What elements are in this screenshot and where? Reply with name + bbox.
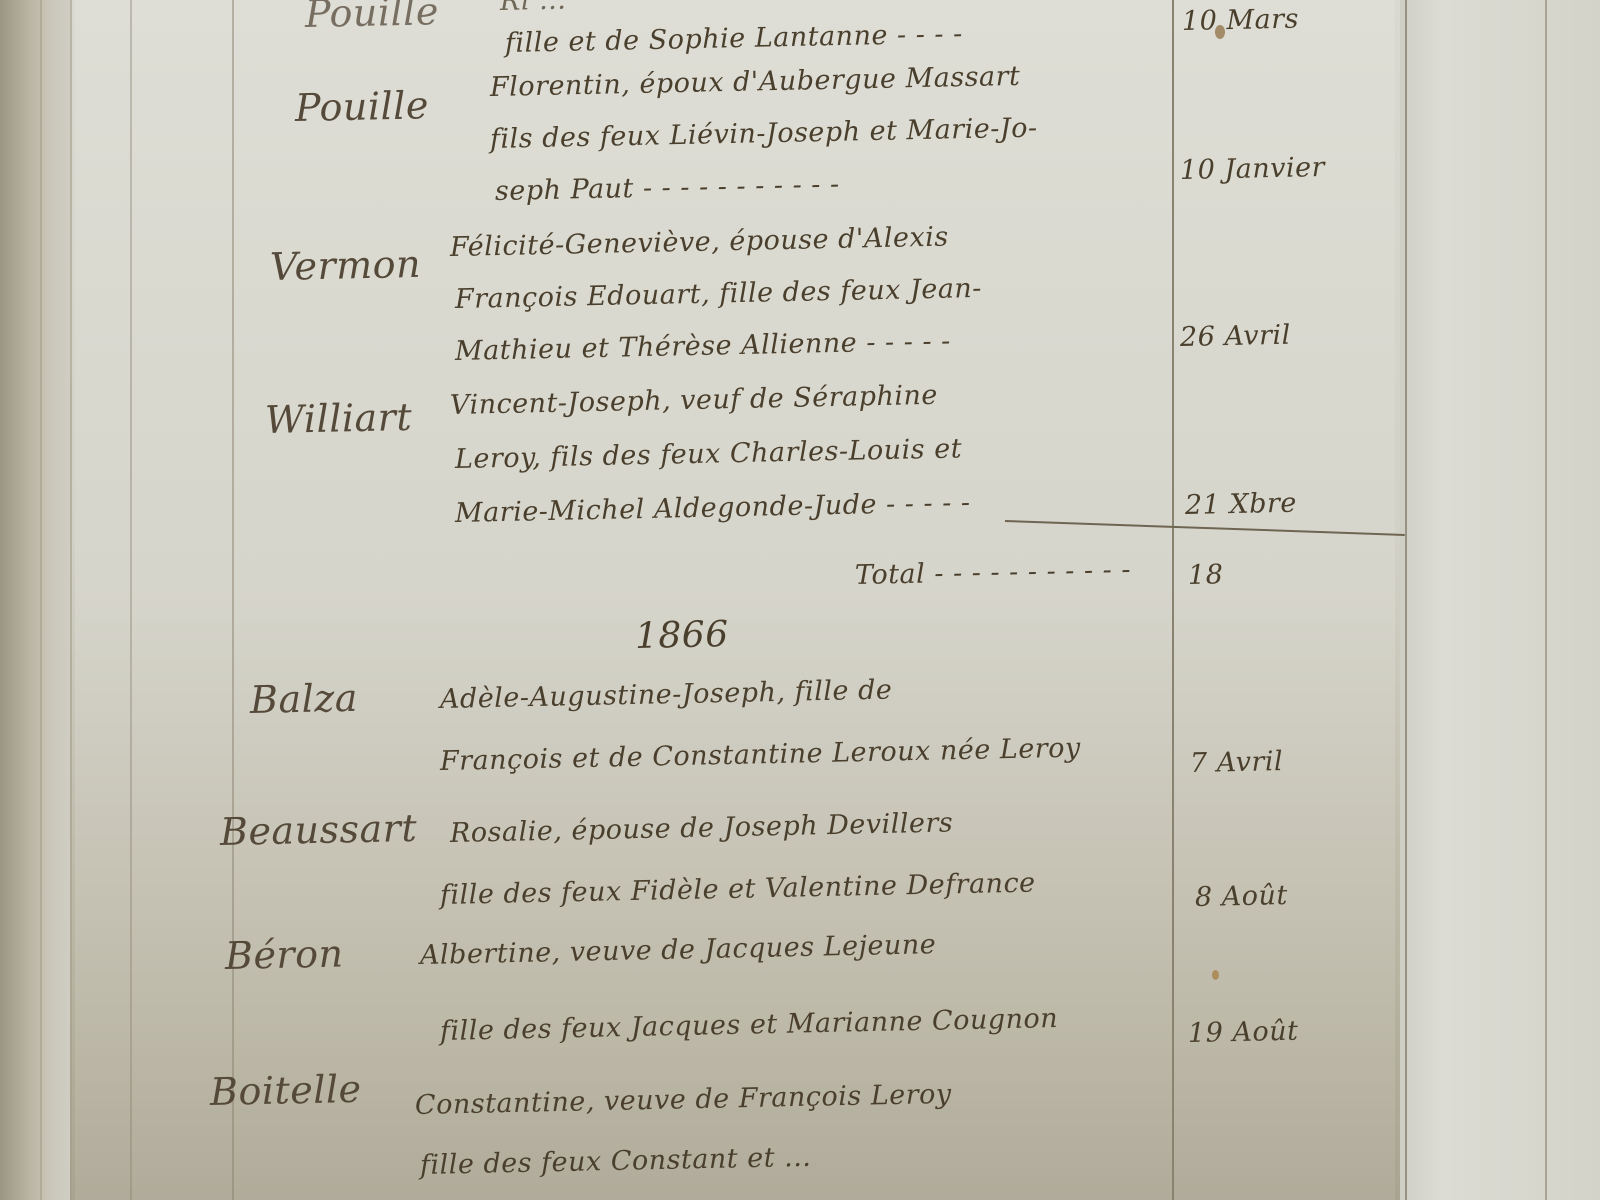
entry-date: 21 Xbre: [1185, 488, 1297, 521]
facing-page: [1400, 0, 1600, 1200]
total-value: 18: [1188, 559, 1224, 591]
date-column-rule: [1172, 0, 1174, 1200]
entry-date: 7 Avril: [1190, 746, 1284, 779]
register-photo: Pouille Ri ... fille et de Sophie Lantan…: [0, 0, 1600, 1200]
entry-date: 10 Janvier: [1180, 152, 1326, 186]
gutter-fold: [1405, 0, 1407, 1200]
entry-date: 8 Août: [1195, 880, 1288, 913]
entry-date: 10 Mars: [1182, 4, 1300, 37]
book-binding: [0, 0, 70, 1200]
entry-surname: Beaussart: [220, 806, 418, 854]
entry-surname: Pouille: [305, 0, 440, 36]
facing-page-rule: [1545, 0, 1547, 1200]
entry-line: Ri ...: [500, 0, 567, 17]
entry-surname: Balza: [250, 676, 359, 722]
surname-column-rule: [232, 0, 234, 1200]
entry-date: 26 Avril: [1180, 320, 1291, 353]
year-heading: 1866: [635, 614, 729, 657]
page-edge: [40, 0, 42, 1200]
entry-surname: Boitelle: [210, 1067, 362, 1114]
entry-surname: Béron: [225, 932, 344, 978]
entry-date: 19 Août: [1188, 1016, 1299, 1049]
ink-stain: [1212, 970, 1219, 980]
entry-surname: Williart: [265, 395, 413, 442]
entry-surname: Pouille: [295, 83, 430, 130]
total-label: Total - - - - - - - - - - -: [855, 554, 1132, 591]
margin-rule: [130, 0, 132, 1200]
page-edge: [70, 0, 72, 1200]
entry-surname: Vermon: [270, 242, 422, 289]
